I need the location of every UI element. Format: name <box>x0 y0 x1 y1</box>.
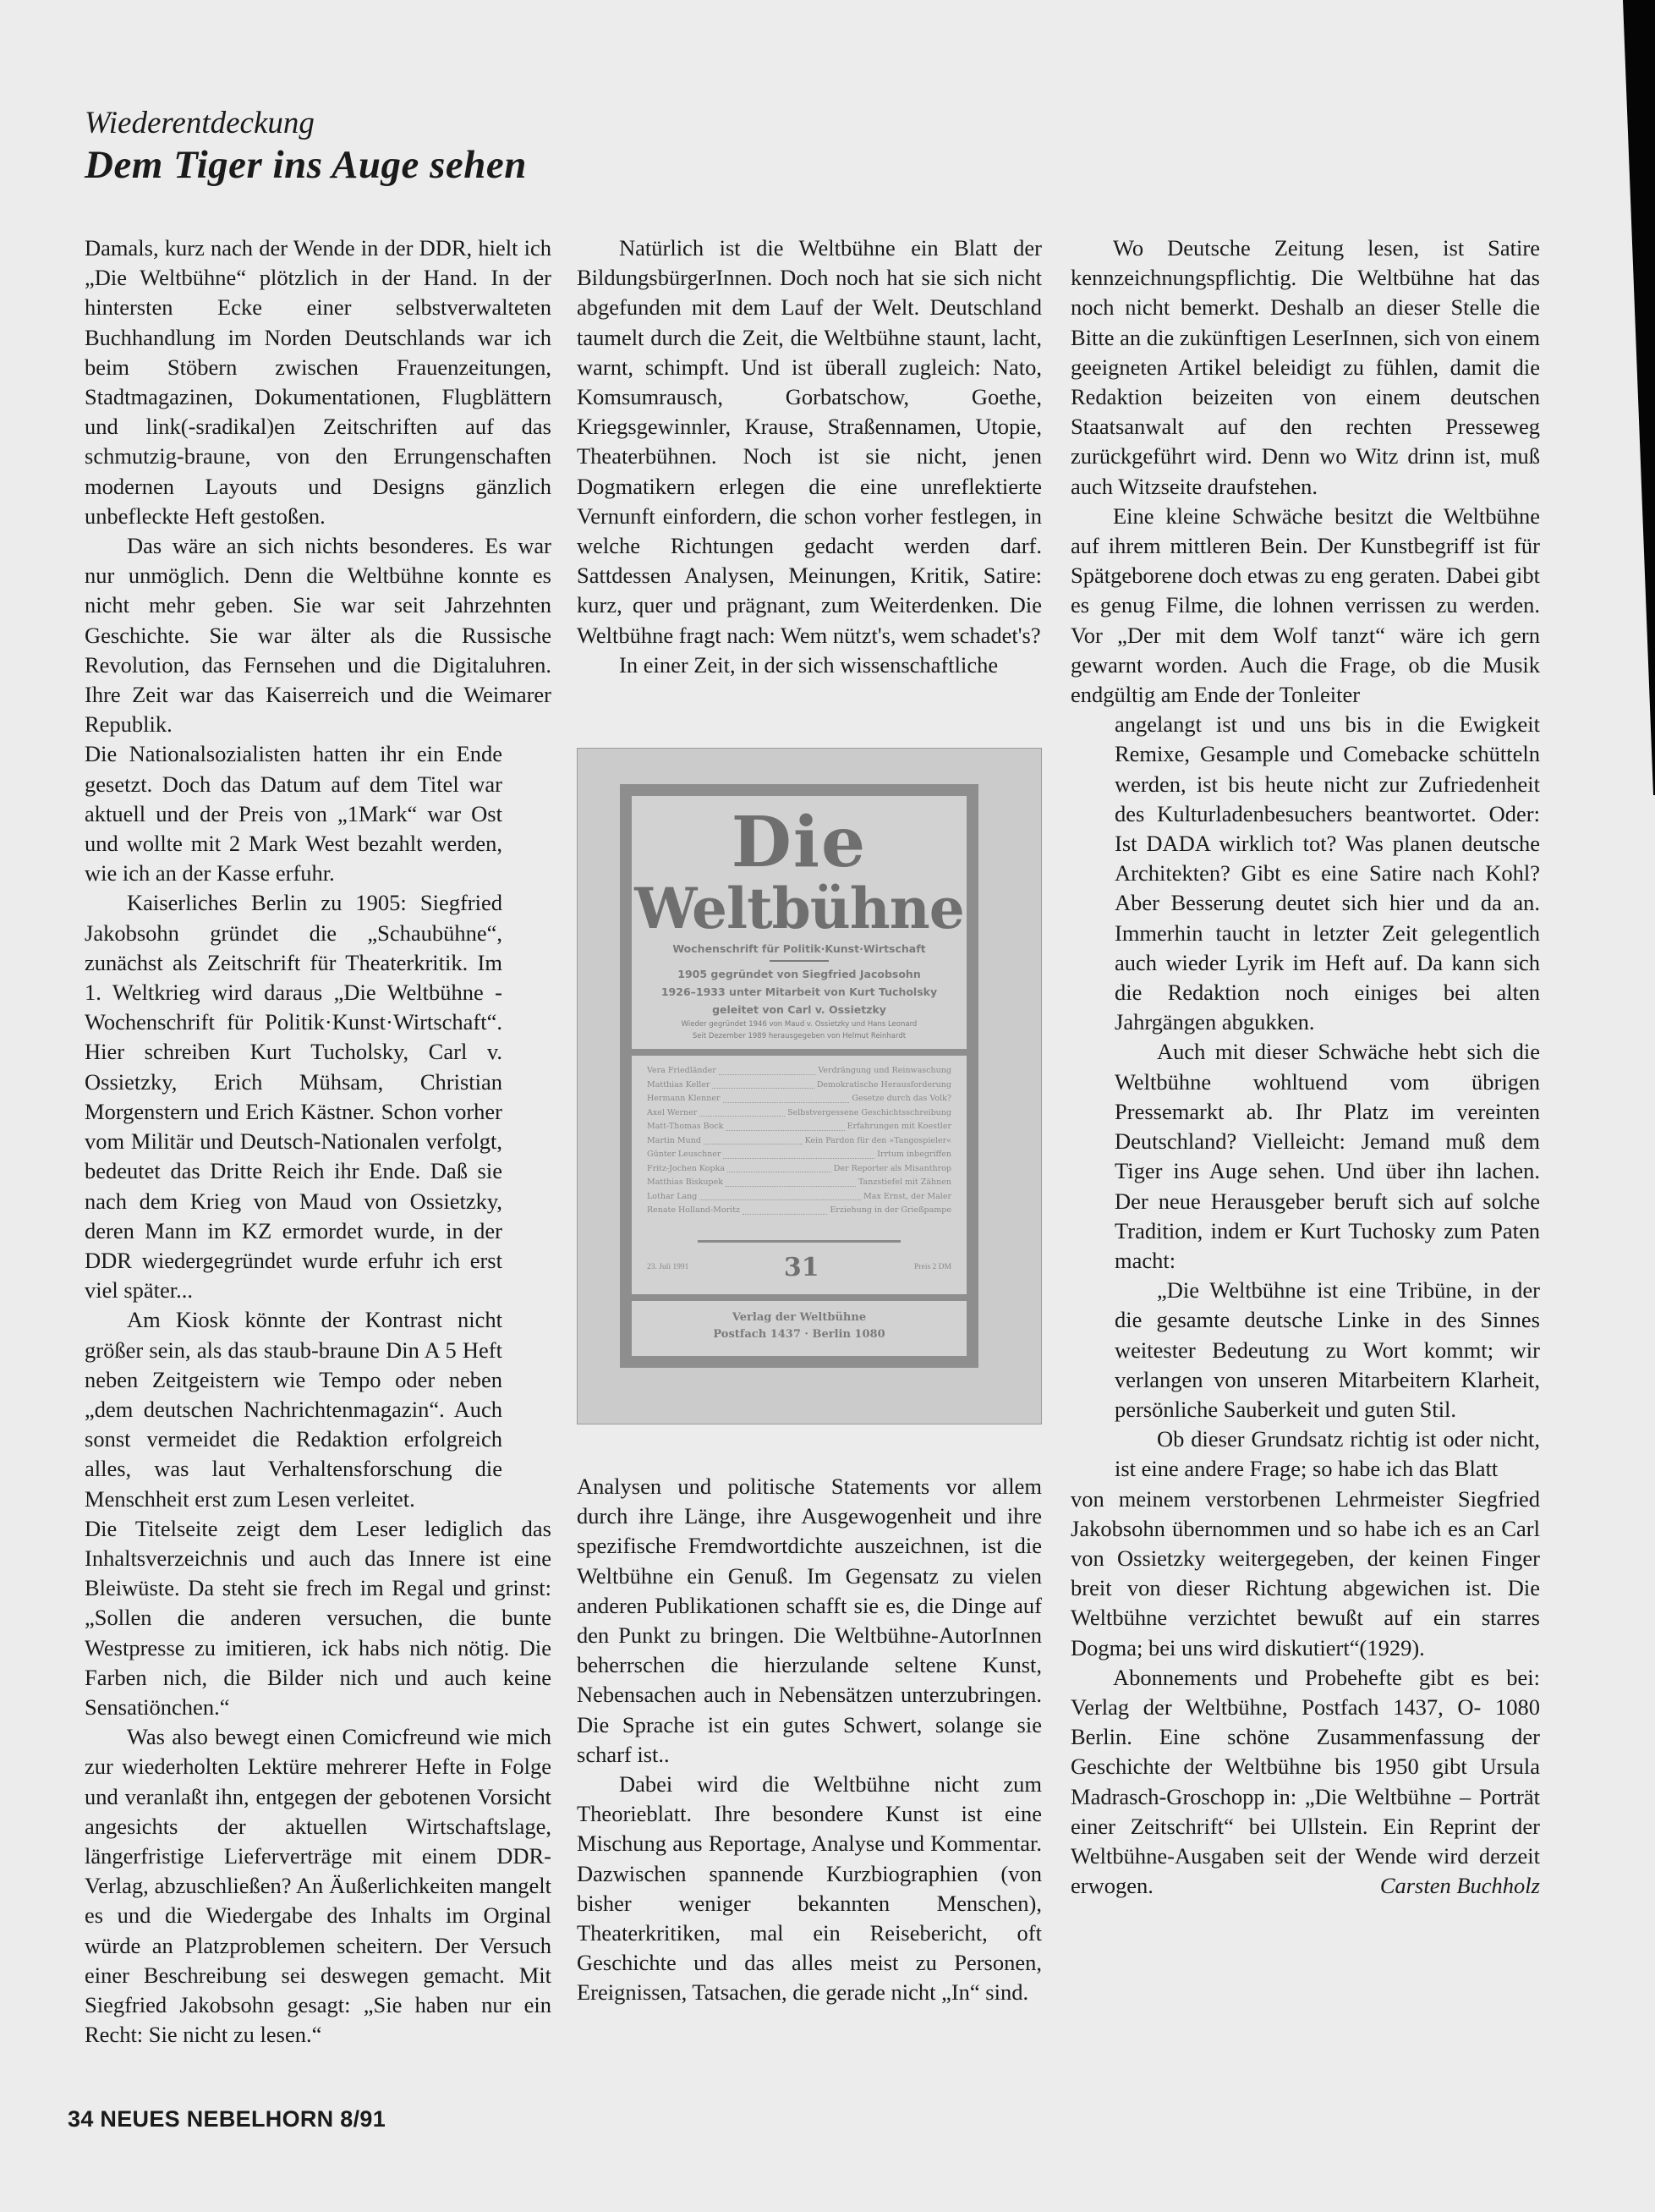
cover-publisher-address: Postfach 1437 · Berlin 1080 <box>632 1326 967 1343</box>
paragraph: Wo Deutsche Zeitung lesen, ist Satire ke… <box>1071 233 1540 502</box>
toc-row: Matthias BiskupekTanzstiefel mit Zähnen <box>647 1176 951 1190</box>
cover-date: 23. Juli 1991 <box>647 1263 688 1271</box>
cover-meta: 23. Juli 1991 31 Preis 2 DM <box>632 1253 967 1282</box>
paragraph: Die Nationalsozialisten hatten ihr ein E… <box>85 739 502 888</box>
column-3: Wo Deutsche Zeitung lesen, ist Satire ke… <box>1071 233 1540 1901</box>
paragraph: Kaiserliches Berlin zu 1905: Siegfried J… <box>85 888 502 1305</box>
cover-rule <box>770 960 829 962</box>
article-kicker: Wiederentdeckung <box>85 105 315 142</box>
cover-table-of-contents: Vera FriedländerVerdrängung und Reinwasc… <box>632 1056 967 1218</box>
cover-masthead: Die Weltbühne <box>632 808 967 940</box>
paragraph: Dabei wird die Weltbühne nicht zum Theor… <box>577 1770 1042 2008</box>
toc-row: Martin MundKein Pardon für den »Tangospi… <box>647 1134 951 1149</box>
cover-title-line2: Weltbühne <box>632 877 967 940</box>
column-1: Damals, kurz nach der Wende in der DDR, … <box>85 233 551 2050</box>
cover-frame: Die Weltbühne Wochenschrift für Politik·… <box>620 784 978 1368</box>
column-2-top: Natürlich ist die Weltbühne ein Blatt de… <box>577 233 1042 680</box>
toc-row: Fritz-Jochen KopkaDer Reporter als Misan… <box>647 1162 951 1177</box>
quote-paragraph: Ob dieser Grundsatz richtig ist oder nic… <box>1115 1424 1540 1484</box>
cover-toc-rule <box>698 1240 901 1243</box>
info-paragraph: Abonnements und Probehefte gibt es bei: … <box>1071 1665 1540 1898</box>
paragraph: In einer Zeit, in der sich wissenschaftl… <box>577 650 1042 680</box>
quote-paragraph: „Die Weltbühne ist eine Tribüne, in der … <box>1115 1276 1540 1424</box>
paragraph: Damals, kurz nach der Wende in der DDR, … <box>85 233 551 531</box>
indented-block: angelangt ist und uns bis in die Ewigkei… <box>1115 710 1540 1484</box>
cover-editor: Seit Dezember 1989 herausgegeben von Hel… <box>632 1030 967 1042</box>
paragraph: Abonnements und Probehefte gibt es bei: … <box>1071 1663 1540 1902</box>
paragraph: Auch mit dieser Schwäche hebt sich die W… <box>1115 1037 1540 1276</box>
cover-founded: 1905 gegründet von Siegfried Jacobsohn <box>632 965 967 983</box>
paragraph: Das wäre an sich nichts besonderes. Es w… <box>85 531 551 739</box>
cover-tucholsky: 1926–1933 unter Mitarbeit von Kurt Tucho… <box>632 983 967 1001</box>
paragraph: Analysen und politische Statements vor a… <box>577 1472 1042 1770</box>
paragraph: Am Kiosk könnte der Kontrast nicht größe… <box>85 1305 502 1513</box>
toc-row: Vera FriedländerVerdrängung und Reinwasc… <box>647 1064 951 1079</box>
scan-edge-shadow <box>1621 0 1655 795</box>
toc-row: Lothar LangMax Ernst, der Maler <box>647 1190 951 1205</box>
author-signature: Carsten Buchholz <box>1338 1871 1540 1901</box>
cover-issue-number: 31 <box>784 1253 819 1282</box>
toc-row: Günter LeuschnerIrrtum inbegriffen <box>647 1148 951 1162</box>
paragraph: Eine kleine Schwäche besitzt die Weltbüh… <box>1071 502 1540 710</box>
toc-row: Axel WernerSelbstvergessene Geschichtssc… <box>647 1106 951 1121</box>
paragraph: Natürlich ist die Weltbühne ein Blatt de… <box>577 233 1042 650</box>
toc-row: Matthias KellerDemokratische Herausforde… <box>647 1079 951 1093</box>
cover-publisher-name: Verlag der Weltbühne <box>632 1309 967 1326</box>
article-headline: Dem Tiger ins Auge sehen <box>85 142 527 188</box>
cover-divider <box>630 1049 968 1056</box>
toc-row: Hermann KlennerGesetze durch das Volk? <box>647 1092 951 1106</box>
paragraph: angelangt ist und uns bis in die Ewigkei… <box>1115 710 1540 1037</box>
cover-subtitle: Wochenschrift für Politik·Kunst·Wirtscha… <box>632 940 967 958</box>
paragraph: Was also bewegt einen Comicfreund wie mi… <box>85 1722 551 2050</box>
toc-row: Renate Holland-MoritzErziehung in der Gr… <box>647 1204 951 1218</box>
column-2-bottom: Analysen und politische Statements vor a… <box>577 1472 1042 2008</box>
page-footer: 34 NEUES NEBELHORN 8/91 <box>68 2106 386 2132</box>
cover-price: Preis 2 DM <box>914 1263 951 1271</box>
cover-refounded: Wieder gegründet 1946 von Maud v. Ossiet… <box>632 1018 967 1030</box>
paragraph: Die Titelseite zeigt dem Leser lediglich… <box>85 1514 551 1722</box>
quote-paragraph: von meinem verstorbenen Lehrmeister Sieg… <box>1071 1485 1540 1663</box>
cover-title-line1: Die <box>632 808 967 877</box>
toc-row: Matt-Thomas BockErfahrungen mit Koestler <box>647 1120 951 1134</box>
cover-ossietzky: geleitet von Carl v. Ossietzky <box>632 1001 967 1018</box>
cover-publisher: Verlag der Weltbühne Postfach 1437 · Ber… <box>632 1294 967 1348</box>
weltbuehne-cover-photo: Die Weltbühne Wochenschrift für Politik·… <box>577 748 1042 1424</box>
